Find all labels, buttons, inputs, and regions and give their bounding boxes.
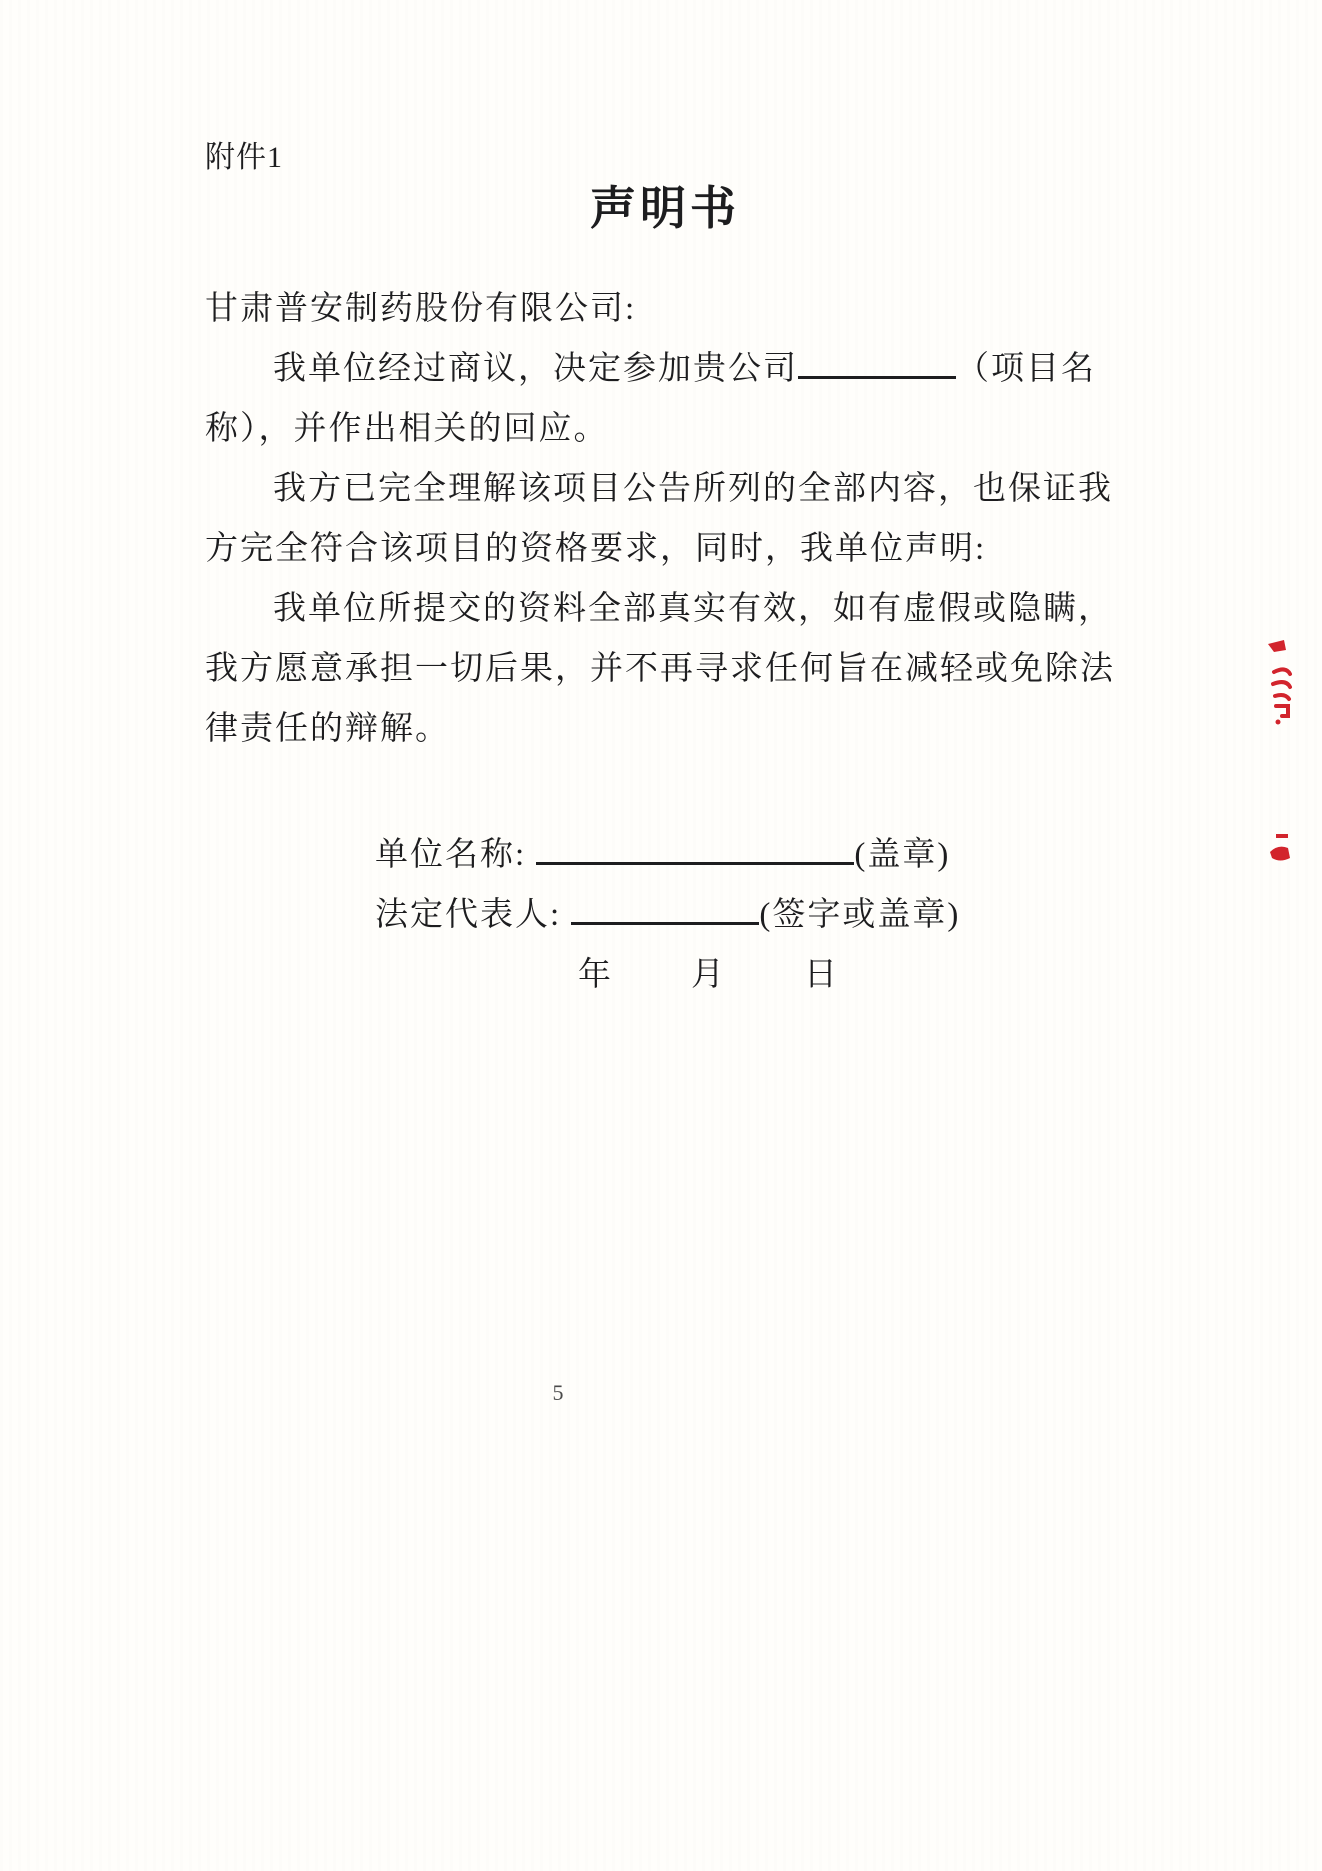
representative-seal-suffix: (签字或盖章) bbox=[759, 897, 960, 933]
attachment-label: 附件1 bbox=[205, 132, 283, 176]
stamp-fragment-lower bbox=[1264, 830, 1294, 868]
company-name-label: 单位名称: bbox=[375, 837, 526, 873]
legal-representative-label: 法定代表人: bbox=[375, 897, 561, 933]
salutation-line: 甘肃普安制药股份有限公司: bbox=[205, 282, 1135, 329]
paragraph1-line2: 称），并作出相关的回应。 bbox=[205, 402, 1135, 449]
date-day-label: 日 bbox=[804, 948, 839, 995]
date-month-label: 月 bbox=[691, 948, 726, 995]
paragraph3-line3: 律责任的辩解。 bbox=[205, 702, 1135, 749]
paragraph2-line2: 方完全符合该项目的资格要求，同时，我单位声明: bbox=[205, 522, 1135, 569]
date-year-label: 年 bbox=[578, 948, 613, 995]
project-name-blank bbox=[798, 346, 956, 379]
paragraph2-line1: 我方已完全理解该项目公告所列的全部内容，也保证我 bbox=[205, 462, 1203, 509]
paragraph3-line2: 我方愿意承担一切后果，并不再寻求任何旨在减轻或免除法 bbox=[205, 642, 1135, 689]
company-signature-line: 单位名称: (盖章) bbox=[375, 828, 950, 875]
paragraph3-line1: 我单位所提交的资料全部真实有效，如有虚假或隐瞒， bbox=[205, 582, 1203, 629]
document-page: 附件1 声明书 甘肃普安制药股份有限公司: 我单位经过商议，决定参加贵公司（项目… bbox=[0, 0, 1322, 1871]
paragraph1-text-before-blank: 我单位经过商议，决定参加贵公司 bbox=[273, 351, 798, 387]
date-line: 年月日 bbox=[578, 948, 839, 995]
paragraph1-line1: 我单位经过商议，决定参加贵公司（项目名 bbox=[205, 342, 1203, 389]
representative-signature-line: 法定代表人: (签字或盖章) bbox=[375, 888, 960, 935]
page-number: 5 bbox=[536, 1380, 580, 1406]
company-seal-suffix: (盖章) bbox=[854, 837, 950, 873]
document-title: 声明书 bbox=[205, 172, 1125, 238]
paragraph1-text-after-blank: （项目名 bbox=[956, 351, 1096, 387]
representative-blank bbox=[571, 892, 759, 925]
stamp-fragment-upper bbox=[1260, 636, 1294, 726]
company-name-blank bbox=[536, 832, 854, 865]
